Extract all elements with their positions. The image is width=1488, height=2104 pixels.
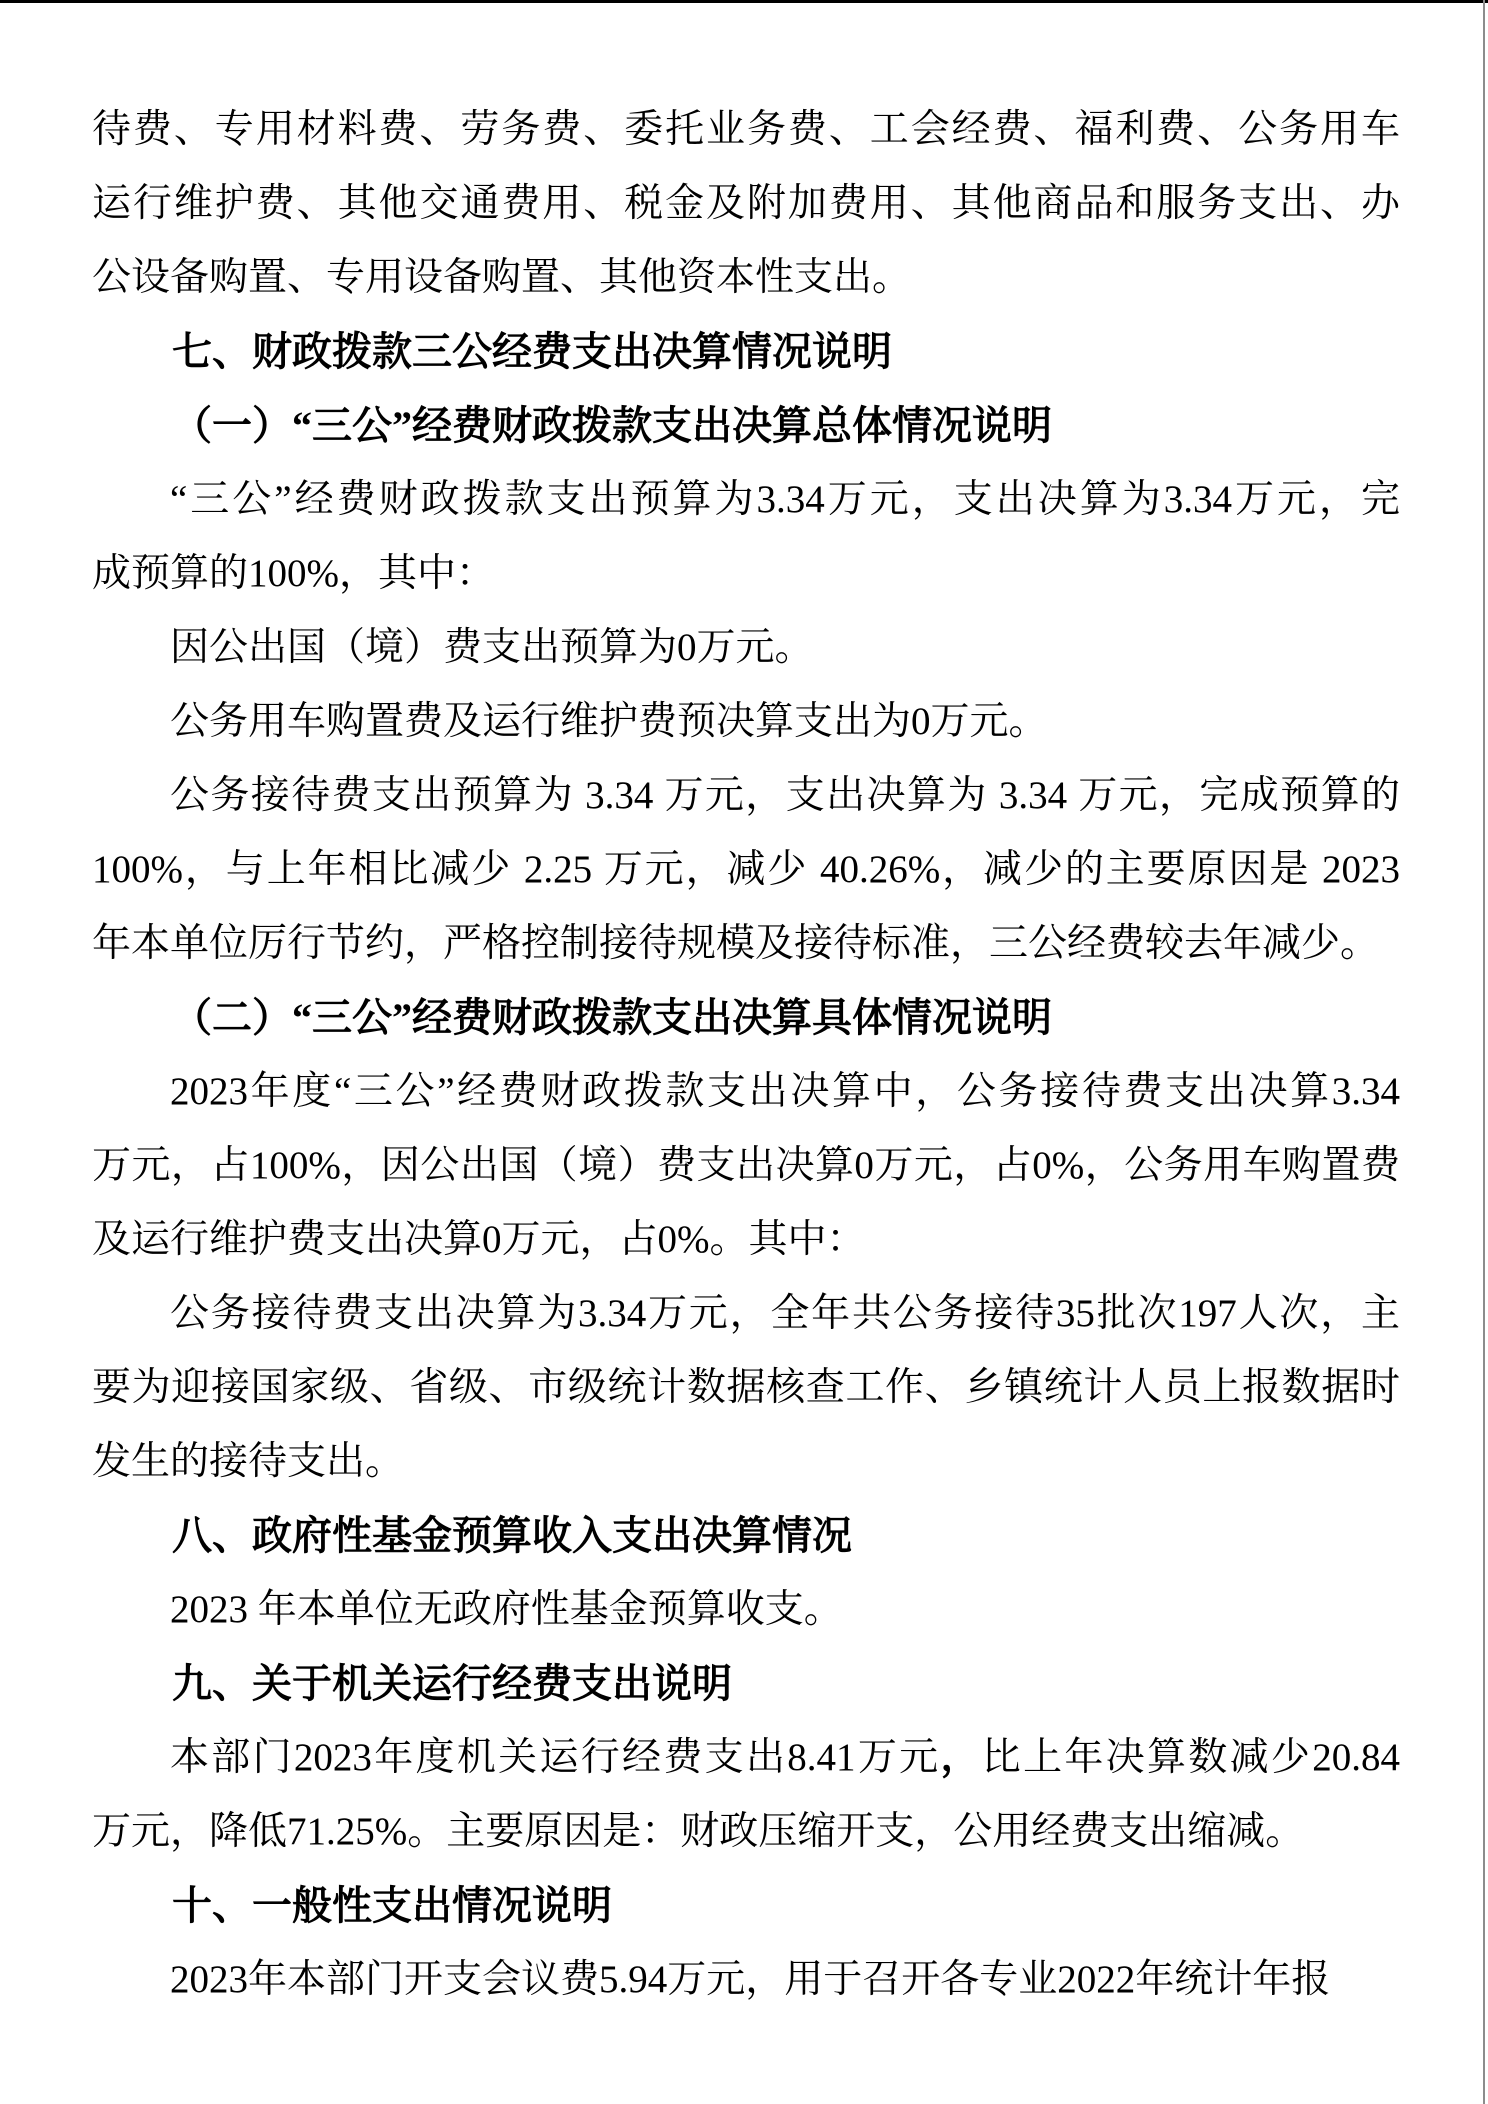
section-heading: 七、财政拨款三公经费支出决算情况说明 bbox=[92, 315, 1400, 389]
body-text-line: 公务接待费支出决算为3.34万元，全年共公务接待35批次197人次，主 bbox=[92, 1277, 1400, 1351]
body-text-line: 万元，占100%，因公出国（境）费支出决算0万元，占0%，公务用车购置费 bbox=[92, 1129, 1400, 1203]
body-text-line: 2023年度“三公”经费财政拨款支出决算中，公务接待费支出决算3.34 bbox=[92, 1055, 1400, 1129]
text-run: 十、一般性支出情况说明 bbox=[172, 1884, 612, 1928]
document-page: 待费、专用材料费、劳务费、委托业务费、工会经费、福利费、公务用车运行维护费、其他… bbox=[0, 0, 1488, 2104]
text-run: 2023年本部门开支会议费5.94万元，用于召开各专业2022年统计年报 bbox=[170, 1958, 1330, 2001]
text-run: （二）“三公”经费财政拨款支出决算具体情况说明 bbox=[172, 995, 1052, 1040]
body-text-line: 公务用车购置费及运行维护费预决算支出为0万元。 bbox=[92, 685, 1400, 759]
text-run: ， bbox=[940, 1736, 981, 1779]
section-heading: 九、关于机关运行经费支出说明 bbox=[92, 1647, 1400, 1721]
body-text-line: 成预算的100%，其中： bbox=[92, 537, 1400, 611]
text-run: 100%，与上年相比减少 2.25 万元，减少 40.26%，减少的主要原因是 … bbox=[92, 848, 1400, 891]
subsection-heading: （一）“三公”经费财政拨款支出决算总体情况说明 bbox=[92, 389, 1400, 463]
body-text-line: 及运行维护费支出决算0万元，占0%。其中： bbox=[92, 1203, 1400, 1277]
body-text-line: 100%，与上年相比减少 2.25 万元，减少 40.26%，减少的主要原因是 … bbox=[92, 833, 1400, 907]
text-run: 九、关于机关运行经费支出说明 bbox=[172, 1662, 732, 1706]
text-run: 公务接待费支出决算为3.34万元，全年共公务接待35批次197人次，主 bbox=[170, 1292, 1400, 1335]
subsection-heading: （二）“三公”经费财政拨款支出决算具体情况说明 bbox=[92, 981, 1400, 1055]
text-run: 待费、专用材料费、劳务费、委托业务费、工会经费、福利费、公务用车 bbox=[92, 108, 1400, 151]
text-run: （一）“三公”经费财政拨款支出决算总体情况说明 bbox=[172, 403, 1052, 448]
text-run: 万元，降低71.25%。主要原因是：财政压缩开支，公用经费支出缩减。 bbox=[92, 1810, 1304, 1853]
text-run: 万元，占100%，因公出国（境）费支出决算0万元，占0%，公务用车购置费 bbox=[92, 1144, 1400, 1187]
body-text-line: 2023年本部门开支会议费5.94万元，用于召开各专业2022年统计年报 bbox=[92, 1943, 1400, 2017]
text-run: 2023年度“三公”经费财政拨款支出决算中，公务接待费支出决算3.34 bbox=[170, 1070, 1400, 1113]
page-top-border bbox=[0, 0, 1488, 3]
body-text-line: 2023 年本单位无政府性基金预算收支。 bbox=[92, 1573, 1400, 1647]
text-run: 发生的接待支出。 bbox=[92, 1440, 404, 1483]
text-run: 公务接待费支出预算为 3.34 万元，支出决算为 3.34 万元，完成预算的 bbox=[170, 774, 1400, 817]
page-right-border bbox=[1483, 0, 1485, 2104]
text-run: “三公”经费财政拨款支出预算为3.34万元，支出决算为3.34万元，完 bbox=[170, 478, 1400, 521]
text-run: 七、财政拨款三公经费支出决算情况说明 bbox=[172, 330, 892, 374]
text-run: 运行维护费、其他交通费用、税金及附加费用、其他商品和服务支出、办 bbox=[92, 182, 1400, 225]
body-text-line: 本部门2023年度机关运行经费支出8.41万元，比上年决算数减少20.84 bbox=[92, 1721, 1400, 1795]
body-text-line: 要为迎接国家级、省级、市级统计数据核查工作、乡镇统计人员上报数据时 bbox=[92, 1351, 1400, 1425]
body-text-line: 年本单位厉行节约，严格控制接待规模及接待标准，三公经费较去年减少。 bbox=[92, 907, 1400, 981]
body-text-line: 待费、专用材料费、劳务费、委托业务费、工会经费、福利费、公务用车 bbox=[92, 93, 1400, 167]
text-run: 及运行维护费支出决算0万元，占0%。其中： bbox=[92, 1218, 866, 1261]
body-text-line: 公设备购置、专用设备购置、其他资本性支出。 bbox=[92, 241, 1400, 315]
text-run: 公设备购置、专用设备购置、其他资本性支出。 bbox=[92, 256, 911, 299]
text-run: 八、政府性基金预算收入支出决算情况 bbox=[172, 1514, 852, 1558]
body-text-line: 因公出国（境）费支出预算为0万元。 bbox=[92, 611, 1400, 685]
body-text-line: 发生的接待支出。 bbox=[92, 1425, 1400, 1499]
text-run: 成预算的100%，其中： bbox=[92, 552, 495, 595]
body-text-line: 运行维护费、其他交通费用、税金及附加费用、其他商品和服务支出、办 bbox=[92, 167, 1400, 241]
text-run: 2023 年本单位无政府性基金预算收支。 bbox=[170, 1588, 843, 1631]
body-text-line: “三公”经费财政拨款支出预算为3.34万元，支出决算为3.34万元，完 bbox=[92, 463, 1400, 537]
text-run: 因公出国（境）费支出预算为0万元。 bbox=[170, 626, 814, 669]
text-run: 公务用车购置费及运行维护费预决算支出为0万元。 bbox=[170, 700, 1048, 743]
text-run: 本部门2023年度机关运行经费支出8.41万元 bbox=[170, 1736, 940, 1779]
text-run: 比上年决算数减少20.84 bbox=[982, 1736, 1400, 1779]
text-run: 要为迎接国家级、省级、市级统计数据核查工作、乡镇统计人员上报数据时 bbox=[92, 1366, 1400, 1409]
body-text-line: 万元，降低71.25%。主要原因是：财政压缩开支，公用经费支出缩减。 bbox=[92, 1795, 1400, 1869]
body-text-line: 公务接待费支出预算为 3.34 万元，支出决算为 3.34 万元，完成预算的 bbox=[92, 759, 1400, 833]
section-heading: 十、一般性支出情况说明 bbox=[92, 1869, 1400, 1943]
text-run: 年本单位厉行节约，严格控制接待规模及接待标准，三公经费较去年减少。 bbox=[92, 922, 1379, 965]
document-content: 待费、专用材料费、劳务费、委托业务费、工会经费、福利费、公务用车运行维护费、其他… bbox=[92, 93, 1400, 2017]
section-heading: 八、政府性基金预算收入支出决算情况 bbox=[92, 1499, 1400, 1573]
